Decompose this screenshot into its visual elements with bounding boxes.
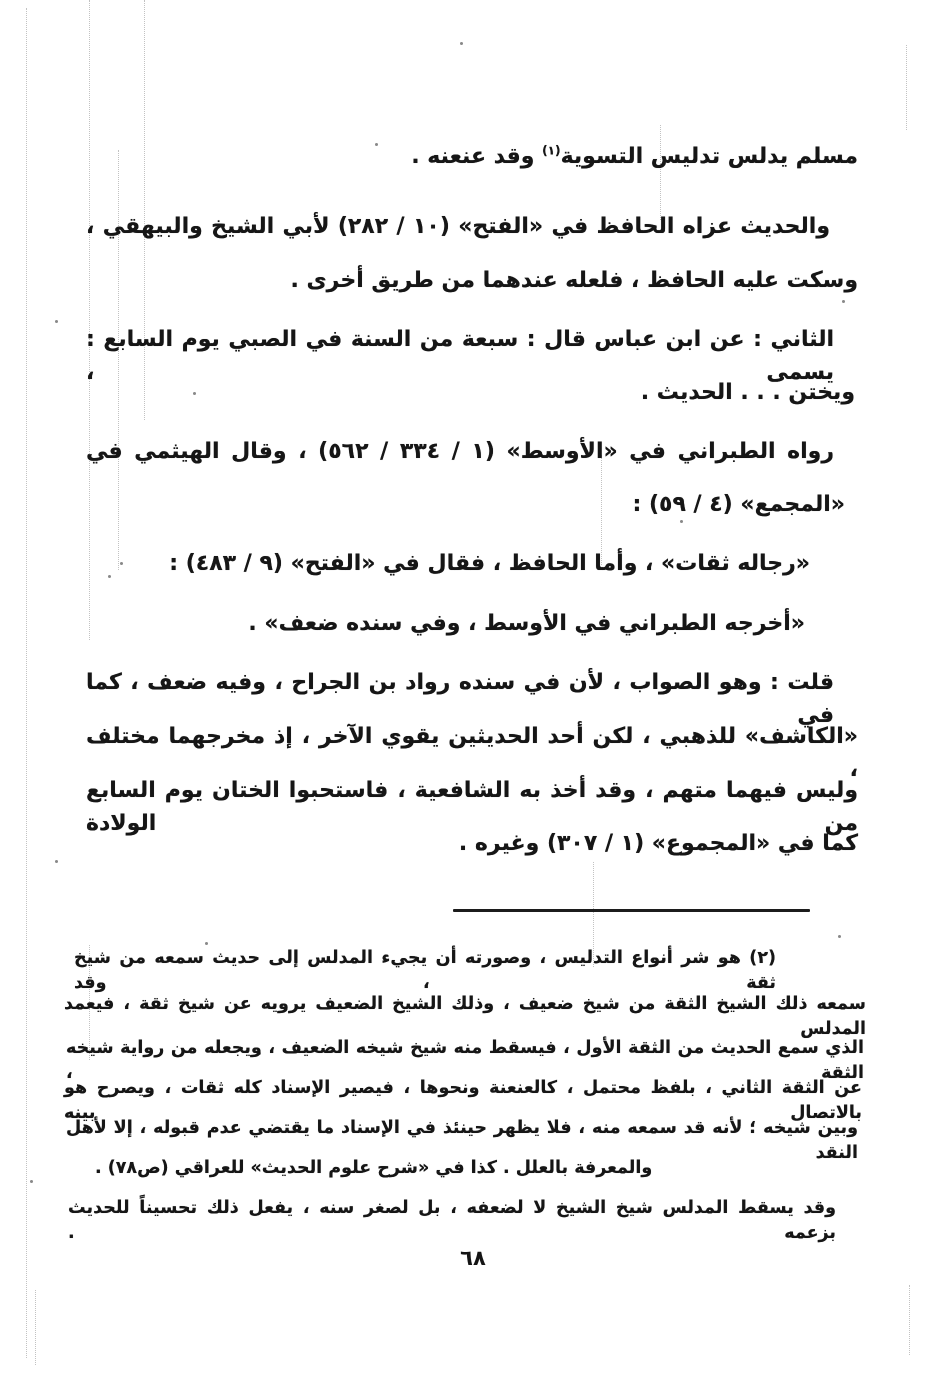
body-line: رواه الطبراني في «الأوسط» (١ / ٣٣٤ / ٥٦٢… (86, 435, 834, 468)
body-text: مسلم يدلس تدليس التسوية (561, 144, 858, 169)
page-number: ٦٨ (438, 1246, 508, 1270)
footnote-line: وقد يسقط المدلس شيخ الشيخ لا لضعفه ، بل … (68, 1196, 836, 1247)
scan-artifact-line (35, 1290, 36, 1365)
body-line: كما في «المجموع» (١ / ٣٠٧) وغيره . (459, 827, 858, 860)
scan-artifact-line (909, 1285, 910, 1355)
scan-speck (55, 860, 58, 863)
scan-speck (120, 562, 123, 565)
body-line: «المجمع» (٤ / ٥٩) : (633, 488, 846, 521)
body-quote-line: «أخرجه الطبراني في الأوسط ، وفي سنده ضعف… (248, 607, 805, 640)
body-line: وسكت عليه الحافظ ، فلعله عندهما من طريق … (290, 264, 858, 297)
scan-speck (460, 42, 463, 45)
footnote-line: (٢) هو شر أنواع التدليس ، وصورته أن يجيء… (74, 946, 776, 997)
body-line: مسلم يدلس تدليس التسوية(١) وقد عنعنه . (411, 140, 858, 173)
body-quote-line: «رجاله ثقات» ، وأما الحافظ ، فقال في «ال… (169, 547, 810, 580)
scan-speck (108, 575, 111, 578)
scan-speck (842, 300, 845, 303)
footnote-line: والمعرفة بالعلل . كذا في «شرح علوم الحدي… (95, 1156, 652, 1181)
scan-speck (55, 320, 58, 323)
scan-speck (838, 935, 841, 938)
scan-speck (375, 143, 378, 146)
body-line: ويختن . . . الحديث . (641, 376, 855, 409)
scan-artifact-line (26, 8, 27, 1358)
scan-artifact-line (89, 0, 90, 640)
body-text: وقد عنعنه . (411, 144, 542, 169)
scanned-book-page: مسلم يدلس تدليس التسوية(١) وقد عنعنه . و… (0, 0, 946, 1375)
scan-speck (30, 1180, 33, 1183)
scan-artifact-line (906, 45, 907, 130)
body-line: والحديث عزاه الحافظ في «الفتح» (١٠ / ٢٨٢… (86, 210, 830, 243)
footnote-separator (453, 909, 810, 912)
scan-speck (193, 392, 196, 395)
footnote-ref-marker: (١) (542, 144, 560, 158)
scan-speck (205, 942, 208, 945)
